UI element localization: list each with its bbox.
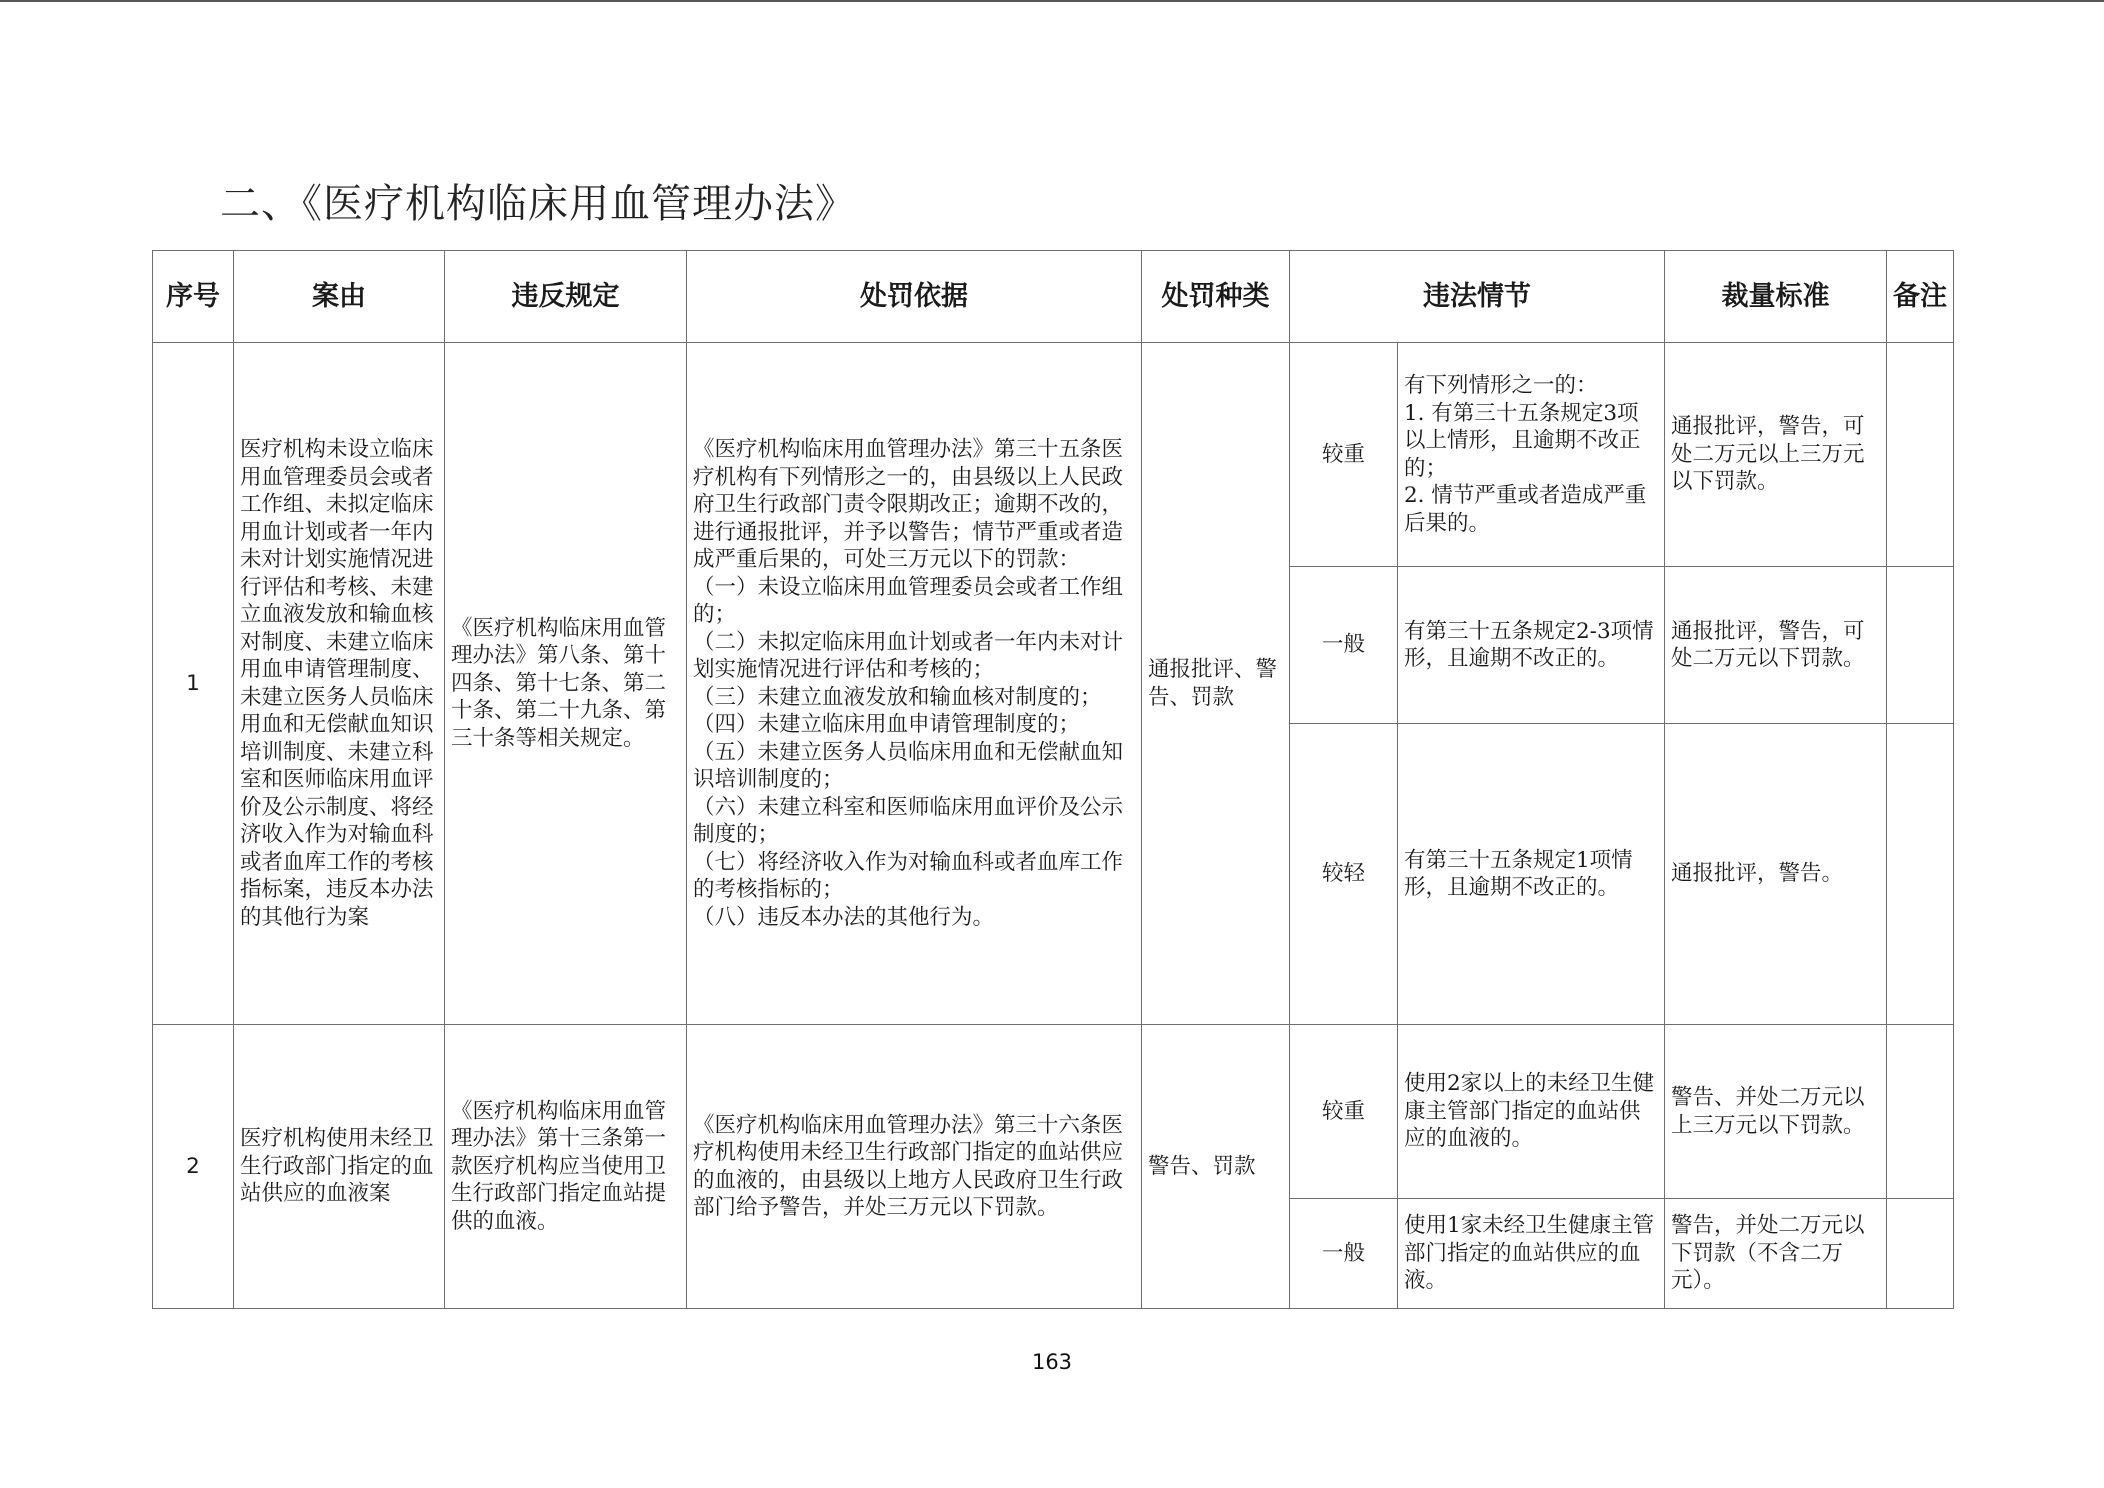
cell-circumstance: 使用1家未经卫生健康主管部门指定的血站供应的血液。 — [1398, 1199, 1665, 1309]
cell-standard: 警告，并处二万元以下罚款（不含二万元）。 — [1665, 1199, 1887, 1309]
cell-level: 较轻 — [1290, 724, 1398, 1025]
cell-violated-provision: 《医疗机构临床用血管理办法》第八条、第十四条、第十七条、第二十条、第二十九条、第… — [445, 343, 687, 1025]
table-row: 1 医疗机构未设立临床用血管理委员会或者工作组、未拟定临床用血计划或者一年内未对… — [153, 343, 1954, 567]
cell-circumstance: 有第三十五条规定2-3项情形，且逾期不改正的。 — [1398, 567, 1665, 724]
cell-remarks — [1887, 343, 1954, 567]
cell-penalty-basis: 《医疗机构临床用血管理办法》第三十六条医疗机构使用未经卫生行政部门指定的血站供应… — [687, 1025, 1142, 1309]
cell-violated-provision: 《医疗机构临床用血管理办法》第十三条第一款医疗机构应当使用卫生行政部门指定血站提… — [445, 1025, 687, 1309]
cell-seq: 1 — [153, 343, 234, 1025]
header-circumstances: 违法情节 — [1290, 251, 1665, 343]
cell-case: 医疗机构未设立临床用血管理委员会或者工作组、未拟定临床用血计划或者一年内未对计划… — [234, 343, 445, 1025]
cell-case: 医疗机构使用未经卫生行政部门指定的血站供应的血液案 — [234, 1025, 445, 1309]
section-title: 二、《医疗机构临床用血管理办法》 — [220, 172, 856, 229]
header-violated-provision: 违反规定 — [445, 251, 687, 343]
cell-remarks — [1887, 567, 1954, 724]
top-border — [0, 0, 2104, 2]
penalty-table: 序号 案由 违反规定 处罚依据 处罚种类 违法情节 裁量标准 备注 1 医疗机构… — [152, 250, 1954, 1309]
cell-penalty-type: 警告、罚款 — [1142, 1025, 1290, 1309]
header-seq: 序号 — [153, 251, 234, 343]
cell-standard: 通报批评，警告，可处二万元以上三万元以下罚款。 — [1665, 343, 1887, 567]
cell-circumstance: 使用2家以上的未经卫生健康主管部门指定的血站供应的血液的。 — [1398, 1025, 1665, 1199]
header-remarks: 备注 — [1887, 251, 1954, 343]
cell-level: 较重 — [1290, 343, 1398, 567]
cell-penalty-basis: 《医疗机构临床用血管理办法》第三十五条医疗机构有下列情形之一的，由县级以上人民政… — [687, 343, 1142, 1025]
cell-level: 一般 — [1290, 567, 1398, 724]
page-number: 163 — [0, 1350, 2104, 1374]
cell-standard: 警告、并处二万元以上三万元以下罚款。 — [1665, 1025, 1887, 1199]
cell-circumstance: 有第三十五条规定1项情形，且逾期不改正的。 — [1398, 724, 1665, 1025]
header-penalty-type: 处罚种类 — [1142, 251, 1290, 343]
cell-remarks — [1887, 1025, 1954, 1199]
header-discretion-standard: 裁量标准 — [1665, 251, 1887, 343]
cell-remarks — [1887, 724, 1954, 1025]
table-row: 2 医疗机构使用未经卫生行政部门指定的血站供应的血液案 《医疗机构临床用血管理办… — [153, 1025, 1954, 1199]
cell-seq: 2 — [153, 1025, 234, 1309]
cell-remarks — [1887, 1199, 1954, 1309]
cell-penalty-type: 通报批评、警告、罚款 — [1142, 343, 1290, 1025]
cell-standard: 通报批评，警告。 — [1665, 724, 1887, 1025]
cell-circumstance: 有下列情形之一的： 1. 有第三十五条规定3项以上情形，且逾期不改正的； 2. … — [1398, 343, 1665, 567]
header-penalty-basis: 处罚依据 — [687, 251, 1142, 343]
header-case: 案由 — [234, 251, 445, 343]
cell-standard: 通报批评，警告，可处二万元以下罚款。 — [1665, 567, 1887, 724]
cell-level: 较重 — [1290, 1025, 1398, 1199]
cell-level: 一般 — [1290, 1199, 1398, 1309]
header-row: 序号 案由 违反规定 处罚依据 处罚种类 违法情节 裁量标准 备注 — [153, 251, 1954, 343]
